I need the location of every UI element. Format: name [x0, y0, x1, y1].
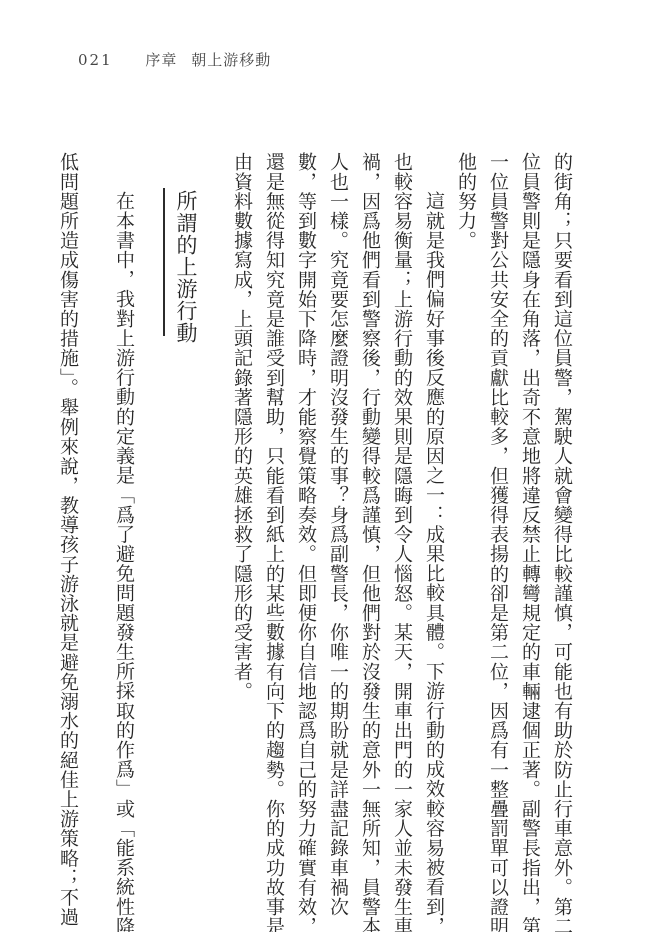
running-header: 021 序章 朝上游移動	[78, 49, 271, 70]
new-section-text-block: 在本書中，我對上游行動的定義是「爲了避免問題發生所採取的作爲」或「能系統性降低問…	[40, 152, 152, 932]
paragraph: 在本書中，我對上游行動的定義是「爲了避免問題發生所採取的作爲」或「能系統性降低問…	[40, 152, 152, 932]
paragraph-continuation: 的街角；只要看到這位員警，駕駛人就會變得比較謹慎，可能也有助於防止行車意外。第二…	[450, 152, 578, 932]
section-heading: 所謂的上游行動	[171, 190, 201, 344]
chapter-title: 朝上游移動	[191, 51, 271, 69]
paragraph: 這就是我們偏好事後反應的原因之一：成果比較具體。下游行動的成效較容易被看到，也較…	[226, 152, 450, 932]
body-text-block: 的街角；只要看到這位員警，駕駛人就會變得比較謹慎，可能也有助於防止行車意外。第二…	[226, 152, 578, 932]
section-heading-rule	[163, 188, 165, 336]
page-number: 021	[78, 51, 113, 69]
chapter-label: 序章	[145, 51, 177, 69]
book-page: 021 序章 朝上游移動 的街角；只要看到這位員警，駕駛人就會變得比較謹慎，可能…	[0, 0, 663, 932]
